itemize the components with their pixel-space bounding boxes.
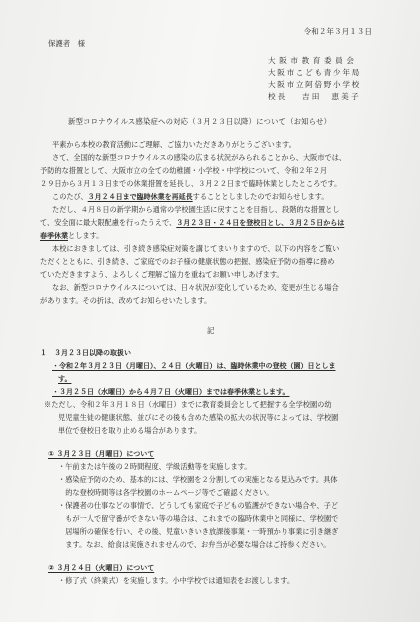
- subsection-1-item: 的な登校時間等は各学校園のホームページ等でご確認ください。: [58, 488, 273, 498]
- emphasis-extension: ３月２４日まで臨時休業を再延長: [88, 193, 193, 201]
- document-title: 新型コロナウイルス感染症への対応（３月２３日以降）について（お知らせ）: [68, 116, 331, 127]
- body-line: なお、新型コロナウイルスについては、日々状況が変化しているため、変更が生じる場合: [52, 283, 339, 293]
- body-line: があります。その折は、改めてお知らせいたします。: [40, 296, 211, 306]
- section-1-bullet-1: ・令和２年３月２３日（月曜日）、２４日（火曜日）は、臨時休業中の登校（園）日とし…: [52, 361, 336, 371]
- body-line: 本校におきましては、引き続き感染症対策を講じてまいりますので、以下の内容をご覧い: [52, 244, 339, 254]
- body-line: 予防的な措置として、大阪市立の全ての幼稚園・小学校・中学校について、令和２年２月: [40, 166, 327, 176]
- ki-marker: 記: [207, 325, 214, 336]
- sender-board-of-education: 大阪市教育委員会: [268, 55, 358, 66]
- subsection-1-item: ・午前または午後の２時間程度、学級活動等を実施します。: [58, 462, 252, 472]
- body-line: ただし、４月８日の新学期から通常の学校園生活に戻すことを目指し、段階的な措置とし: [52, 205, 340, 215]
- body-line: 春季休業とします。: [40, 231, 103, 241]
- section-1-note-cont: 児児童生徒の健康状態、並びにその後も含めた感染の拡大の状況等によっては、学校園: [58, 413, 338, 423]
- body-text-segment: とします。: [68, 231, 103, 240]
- body-text-segment: することとしましたのでお知らせします。: [193, 192, 329, 201]
- addressee: 保護者 様: [48, 38, 85, 49]
- subsection-2-item: ・修了式（終業式）を実施します。小中学校では通知表をお渡しします。: [58, 576, 294, 586]
- section-1-heading: １ ３月２３日以降の取扱い: [40, 348, 131, 358]
- body-line: て、安全面に最大限配慮を行ったうえで、３月２３日・２４日を登校日とし、３月２５日…: [40, 218, 344, 228]
- body-text-segment: て、安全面に最大限配慮を行ったうえで、: [40, 218, 176, 227]
- section-1-bullet-1-cont: す。: [58, 374, 71, 384]
- sender-school: 大阪市立阿倍野小学校: [268, 79, 361, 90]
- section-1-note-cont: 単位で登校日を取り止める場合があります。: [58, 426, 201, 436]
- subsection-1-item: もが一人で留守番ができない等の場合は、これまでの臨時休業中と同様に、学校園で: [58, 514, 338, 524]
- emphasis-school-days: ３月２３日・２４日を登校日とし、３月２５日からは: [176, 219, 344, 227]
- body-line: 平素から本校の教育活動にご理解、ご協力いただきありがとうございます。: [52, 140, 296, 150]
- subsection-2-heading: ② ３月２４日（火曜日）について: [48, 563, 154, 573]
- notice-document: 令和２年３月１３日 保護者 様 大阪市教育委員会 大阪市こども青少年局 大阪市立…: [0, 0, 420, 622]
- subsection-1-item: 居場所の確保を行い、その後、児童いきいき放課後事業・一時預かり事業に引き継ぎ: [58, 527, 338, 537]
- section-1-bullet-2: ・３月２５日（水曜日）から４月７日（火曜日）までは春季休業とします。: [52, 387, 289, 397]
- body-line: ていただきますよう、よろしくご理解ご協力を重ねてお願い申しあげます。: [40, 270, 284, 280]
- emphasis-spring-break: 春季休業: [40, 232, 68, 240]
- section-1-note: ※ただし、令和２年３月１８日（水曜日）までに教育委員会として把握する全学校園の幼: [44, 400, 332, 410]
- body-line: ただくとともに、引き続き、ご家庭でのお子様の健康状態の把握、感染症予防の指導に務…: [40, 257, 334, 267]
- body-line: このたび、３月２４日まで臨時休業を再延長することとしましたのでお知らせします。: [52, 192, 328, 202]
- subsection-1-item: ます。なお、給食は実施されませんので、お弁当が必要な場合はご持参ください。: [58, 540, 330, 550]
- sender-principal: 校長 吉田 恵美子: [268, 91, 361, 102]
- body-text-segment: このたび、: [52, 192, 88, 201]
- subsection-1-item: ・保護者の仕事などの事情で、どうしても家庭で子どもの監護ができない場合や、子ど: [58, 501, 338, 511]
- subsection-1-item: ・感染症予防のため、基本的には、学校園を２分割しての実施となる見込みです。具体: [58, 475, 337, 485]
- sender-children-youth-bureau: 大阪市こども青少年局: [268, 67, 361, 78]
- body-line: さて、全国的な新型コロナウイルスの感染の広まる状況がみられることから、大阪市では…: [52, 153, 346, 163]
- body-line: ２９日から３月１３日までの休業措置を延長し、３月２２日まで臨時休業としたところで…: [40, 179, 341, 189]
- document-date: 令和２年３月１３日: [304, 26, 372, 37]
- subsection-1-heading: ① ３月２３日（月曜日）について: [48, 449, 154, 459]
